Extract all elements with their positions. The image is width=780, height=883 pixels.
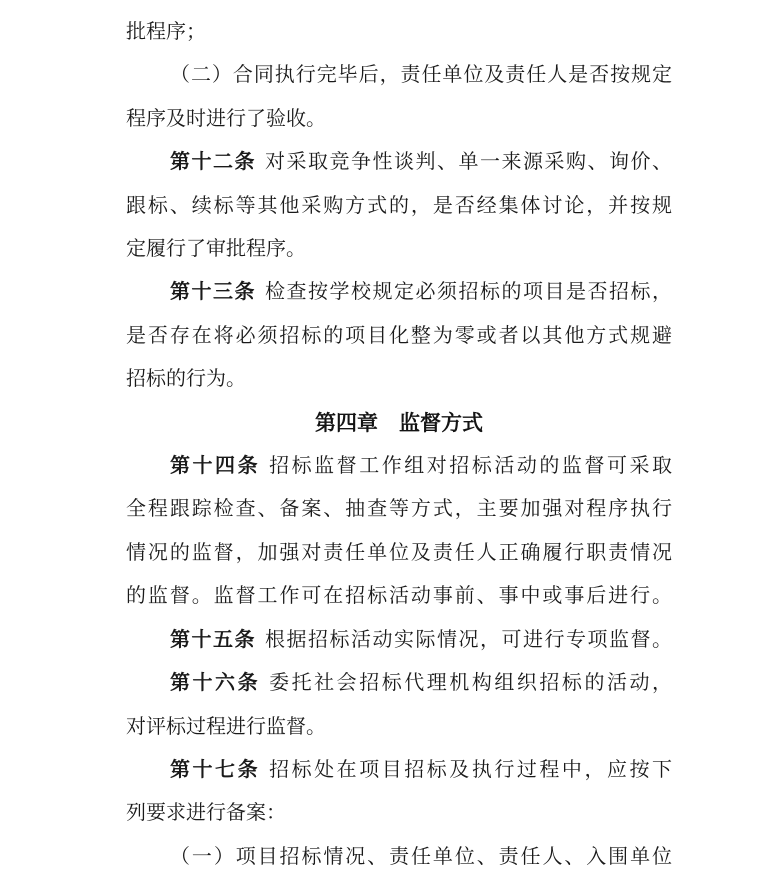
line-text: （一）项目招标情况、责任单位、责任人、入围单位 [170, 846, 672, 868]
article-line: 第十五条根据招标活动实际情况，可进行专项监督。 [126, 619, 672, 662]
line-text: 程序及时进行了验收。 [126, 108, 326, 130]
article-number: 第十四条 [170, 455, 260, 477]
text-line: 招标的行为。 [126, 358, 672, 401]
line-text: 根据招标活动实际情况，可进行专项监督。 [265, 629, 672, 651]
article-number: 第十五条 [170, 629, 256, 651]
article-number: 第十七条 [170, 759, 260, 781]
text-line: 对评标过程进行监督。 [126, 706, 672, 749]
text-line: 是否存在将必须招标的项目化整为零或者以其他方式规避 [126, 315, 672, 358]
text-line: 全程跟踪检查、备案、抽查等方式，主要加强对程序执行 [126, 488, 672, 531]
line-text: 定履行了审批程序。 [126, 238, 306, 260]
line-text: 对采取竞争性谈判、单一来源采购、询价、 [265, 151, 672, 173]
text-line: 程序及时进行了验收。 [126, 98, 672, 141]
line-text: 对评标过程进行监督。 [126, 716, 326, 738]
line-text: 列要求进行备案： [126, 802, 286, 824]
article-number: 第十二条 [170, 151, 256, 173]
chapter-heading: 第四章 监督方式 [126, 402, 672, 445]
line-text: 招标监督工作组对招标活动的监督可采取 [269, 455, 672, 477]
text-line: （一）项目招标情况、责任单位、责任人、入围单位 [126, 836, 672, 879]
article-line: 第十七条招标处在项目招标及执行过程中，应按下 [126, 749, 672, 792]
text-line: 定履行了审批程序。 [126, 228, 672, 271]
article-line: 第十六条委托社会招标代理机构组织招标的活动， [126, 662, 672, 705]
line-text: 招标处在项目招标及执行过程中，应按下 [269, 759, 672, 781]
article-line: 第十四条招标监督工作组对招标活动的监督可采取 [126, 445, 672, 488]
line-text: （二）合同执行完毕后，责任单位及责任人是否按规定 [170, 64, 672, 86]
line-text: 批程序； [126, 21, 206, 43]
text-line: 的监督。监督工作可在招标活动事前、事中或事后进行。 [126, 575, 672, 618]
document-text-column: 批程序；（二）合同执行完毕后，责任单位及责任人是否按规定程序及时进行了验收。第十… [126, 11, 672, 879]
line-text: 委托社会招标代理机构组织招标的活动， [269, 672, 672, 694]
line-text: 是否存在将必须招标的项目化整为零或者以其他方式规避 [126, 325, 672, 347]
document-page: 批程序；（二）合同执行完毕后，责任单位及责任人是否按规定程序及时进行了验收。第十… [0, 0, 780, 883]
line-text: 招标的行为。 [126, 368, 246, 390]
line-text: 情况的监督，加强对责任单位及责任人正确履行职责情况 [126, 542, 672, 564]
text-line: 批程序； [126, 11, 672, 54]
line-text: 的监督。监督工作可在招标活动事前、事中或事后进行。 [126, 585, 672, 607]
text-line: （二）合同执行完毕后，责任单位及责任人是否按规定 [126, 54, 672, 97]
article-number: 第十六条 [170, 672, 260, 694]
text-line: 跟标、续标等其他采购方式的，是否经集体讨论，并按规 [126, 185, 672, 228]
line-text: 跟标、续标等其他采购方式的，是否经集体讨论，并按规 [126, 195, 672, 217]
article-line: 第十二条对采取竞争性谈判、单一来源采购、询价、 [126, 141, 672, 184]
article-line: 第十三条检查按学校规定必须招标的项目是否招标， [126, 271, 672, 314]
text-line: 情况的监督，加强对责任单位及责任人正确履行职责情况 [126, 532, 672, 575]
line-text: 检查按学校规定必须招标的项目是否招标， [265, 281, 672, 303]
text-line: 列要求进行备案： [126, 792, 672, 835]
article-number: 第十三条 [170, 281, 256, 303]
line-text: 全程跟踪检查、备案、抽查等方式，主要加强对程序执行 [126, 498, 672, 520]
chapter-heading-text: 第四章 监督方式 [315, 412, 483, 435]
